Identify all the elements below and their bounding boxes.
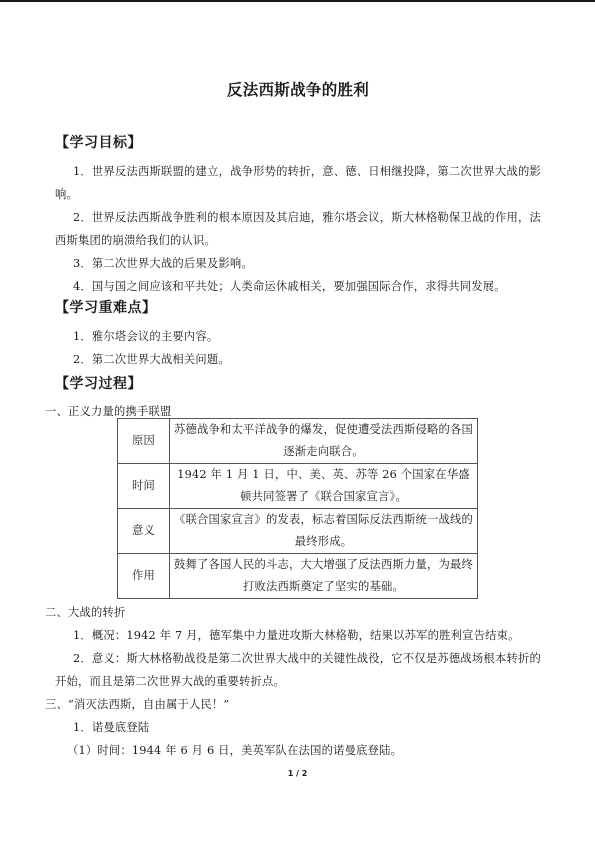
goal-item-1: 1．世界反法西斯联盟的建立，战争形势的转折，意、德、日相继投降，第二次世界大战的… [55,160,541,206]
section-heading-goals: 【学习目标】 [55,132,142,152]
part3-heading: 三、“消灭法西斯，自由属于人民！” [45,693,531,716]
table-row-content: 苏德战争和太平洋战争的爆发，促使遭受法西斯侵略的各国逐渐走向联合。 [170,419,478,464]
table-row-label: 时间 [118,464,170,509]
table-row-content: 1942 年 1 月 1 日，中、美、英、苏等 26 个国家在华盛顿共同签署了《… [170,464,478,509]
part2-item-2: 2．意义：斯大林格勒战役是第二次世界大战中的关键性战役，它不仅是苏德战场根本转折… [55,647,541,693]
section-heading-key-points: 【学习重难点】 [55,297,157,317]
table-row-label: 原因 [118,419,170,464]
part2-item-1: 1．概况：1942 年 7 月，德军集中力量进攻斯大林格勒，结果以苏军的胜利宣告… [55,624,541,647]
goal-item-3: 3．第二次世界大战的后果及影响。 [55,252,541,275]
alliance-info-table: 原因 苏德战争和太平洋战争的爆发，促使遭受法西斯侵略的各国逐渐走向联合。 时间 … [117,418,478,599]
part3-subheading: 1．诺曼底登陆 [55,716,541,739]
section-heading-process: 【学习过程】 [55,373,142,393]
document-title: 反法西斯战争的胜利 [55,78,541,100]
table-row-content: 鼓舞了各国人民的斗志，大大增强了反法西斯力量，为最终打败法西斯奠定了坚实的基础。 [170,554,478,599]
key-point-item-2: 2．第二次世界大战相关问题。 [55,348,541,371]
page-top-rule [0,0,595,2]
goal-item-2: 2．世界反法西斯战争胜利的根本原因及其启迪，雅尔塔会议，斯大林格勒保卫战的作用，… [55,206,541,252]
table-row-label: 作用 [118,554,170,599]
table-row: 时间 1942 年 1 月 1 日，中、美、英、苏等 26 个国家在华盛顿共同签… [118,464,478,509]
page-indicator: 1 / 2 [0,769,595,778]
table-row: 作用 鼓舞了各国人民的斗志，大大增强了反法西斯力量，为最终打败法西斯奠定了坚实的… [118,554,478,599]
table-row-content: 《联合国家宣言》的发表，标志着国际反法西斯统一战线的最终形成。 [170,509,478,554]
goal-item-4: 4．国与国之间应该和平共处；人类命运休戚相关，要加强国际合作，求得共同发展。 [55,275,541,298]
key-point-item-1: 1．雅尔塔会议的主要内容。 [55,325,541,348]
table-row: 原因 苏德战争和太平洋战争的爆发，促使遭受法西斯侵略的各国逐渐走向联合。 [118,419,478,464]
table-row-label: 意义 [118,509,170,554]
table-row: 意义 《联合国家宣言》的发表，标志着国际反法西斯统一战线的最终形成。 [118,509,478,554]
part3-item-1: （1）时间：1944 年 6 月 6 日，美英军队在法国的诺曼底登陆。 [55,739,541,762]
part2-heading: 二、大战的转折 [45,601,531,624]
